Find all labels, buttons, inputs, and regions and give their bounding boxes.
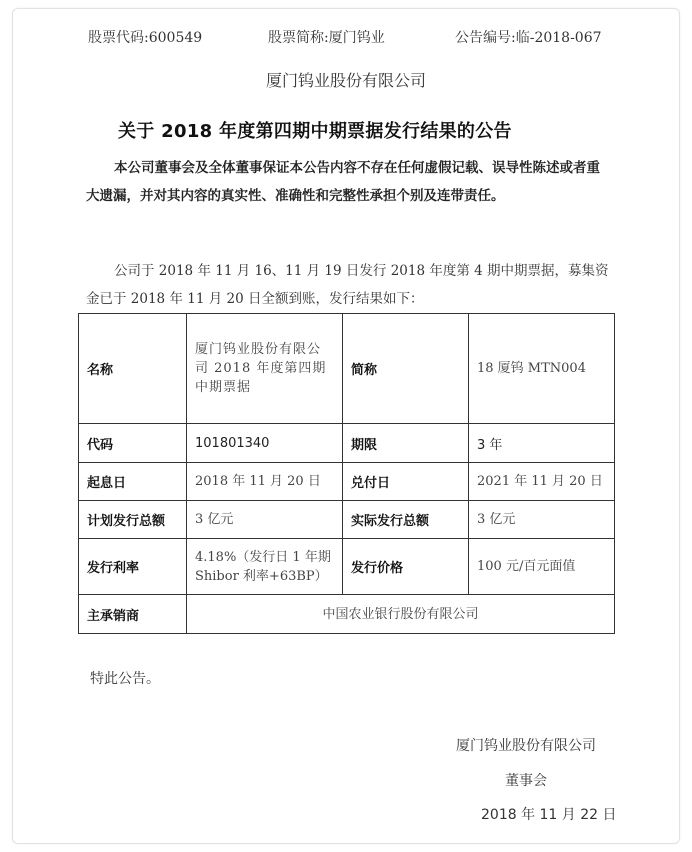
- label-code: 代码: [79, 424, 187, 463]
- value-interest-rate: 4.18%（发行日 1 年期 Shibor 利率+63BP）: [187, 539, 343, 595]
- value-issue-price: 100 元/百元面值: [469, 539, 615, 595]
- value-actual-amount: 3 亿元: [469, 501, 615, 539]
- stock-code: 股票代码:600549: [88, 27, 202, 47]
- table-row: 名称 厦门钨业股份有限公司 2018 年度第四期中期票据 简称 18 厦钨 MT…: [79, 314, 615, 424]
- table-row: 发行利率 4.18%（发行日 1 年期 Shibor 利率+63BP） 发行价格…: [79, 539, 615, 595]
- label-issue-price: 发行价格: [343, 539, 469, 595]
- closing-remark: 特此公告。: [90, 668, 160, 688]
- stock-short-name: 股票简称:厦门钨业: [268, 27, 385, 47]
- table-row: 主承销商 中国农业银行股份有限公司: [79, 595, 615, 634]
- label-short-name: 简称: [343, 314, 469, 424]
- value-maturity-date: 2021 年 11 月 20 日: [469, 463, 615, 501]
- value-code: 101801340: [187, 424, 343, 463]
- company-name-header: 厦门钨业股份有限公司: [0, 68, 692, 91]
- value-short-name: 18 厦钨 MTN004: [469, 314, 615, 424]
- value-lead-underwriter: 中国农业银行股份有限公司: [187, 595, 615, 634]
- label-interest-rate: 发行利率: [79, 539, 187, 595]
- label-maturity-date: 兑付日: [343, 463, 469, 501]
- announcement-number: 公告编号:临-2018-067: [455, 27, 602, 47]
- value-full-name: 厦门钨业股份有限公司 2018 年度第四期中期票据: [187, 314, 343, 424]
- issuance-results-table: 名称 厦门钨业股份有限公司 2018 年度第四期中期票据 简称 18 厦钨 MT…: [78, 313, 615, 634]
- value-planned-amount: 3 亿元: [187, 501, 343, 539]
- signature-board: 董事会: [505, 770, 547, 790]
- board-statement: 本公司董事会及全体董事保证本公告内容不存在任何虚假记载、误导性陈述或者重大遗漏，…: [86, 154, 612, 210]
- label-term: 期限: [343, 424, 469, 463]
- announcement-title: 关于 2018 年度第四期中期票据发行结果的公告: [118, 117, 512, 143]
- value-term: 3 年: [469, 424, 615, 463]
- label-planned-amount: 计划发行总额: [79, 501, 187, 539]
- signature-date: 2018 年 11 月 22 日: [481, 804, 617, 824]
- label-lead-underwriter: 主承销商: [79, 595, 187, 634]
- issuance-paragraph: 公司于 2018 年 11 月 16、11 月 19 日发行 2018 年度第 …: [86, 257, 616, 313]
- table-row: 代码 101801340 期限 3 年: [79, 424, 615, 463]
- value-value-date: 2018 年 11 月 20 日: [187, 463, 343, 501]
- table-row: 起息日 2018 年 11 月 20 日 兑付日 2021 年 11 月 20 …: [79, 463, 615, 501]
- label-actual-amount: 实际发行总额: [343, 501, 469, 539]
- table-row: 计划发行总额 3 亿元 实际发行总额 3 亿元: [79, 501, 615, 539]
- signature-company: 厦门钨业股份有限公司: [456, 735, 596, 755]
- label-value-date: 起息日: [79, 463, 187, 501]
- label-name: 名称: [79, 314, 187, 424]
